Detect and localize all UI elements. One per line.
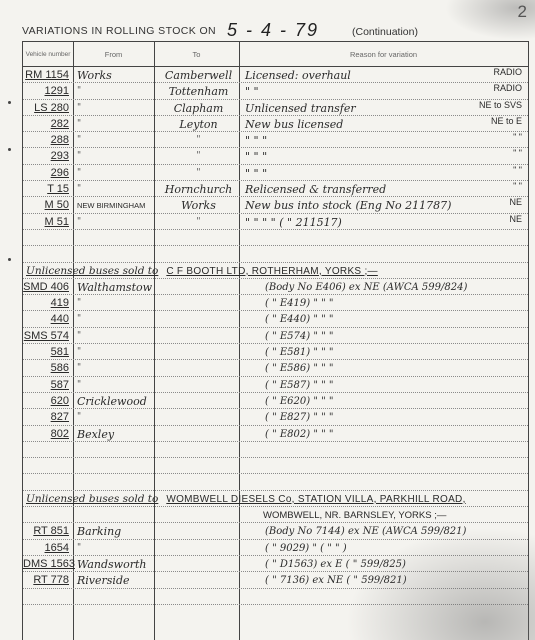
- table-row: 802Bexley( " E802) " " ": [23, 426, 528, 442]
- vehicle-number: LS 280: [23, 100, 71, 115]
- header-to: To: [154, 42, 239, 66]
- to-location: [154, 556, 239, 571]
- reason-for-variation: (Body No E406) ex NE (AWCA 599/824): [239, 279, 528, 294]
- from-location: [73, 246, 153, 261]
- from-location: Cricklewood: [73, 393, 153, 408]
- from-location: Bexley: [73, 426, 153, 441]
- from-location: [73, 442, 153, 457]
- route-annotation: " ": [513, 132, 522, 142]
- from-location: ": [73, 214, 153, 229]
- route-annotation: NE to E: [491, 116, 522, 126]
- table-row: 586"( " E586) " " ": [23, 360, 528, 376]
- from-location: ": [73, 165, 153, 180]
- vehicle-number: 1654: [23, 540, 71, 555]
- from-location: Wandsworth: [73, 556, 153, 571]
- to-location: [154, 572, 239, 587]
- title-line: VARIATIONS IN ROLLING STOCK ON 5 - 4 - 7…: [22, 23, 522, 41]
- to-location: [154, 279, 239, 294]
- to-location: [154, 377, 239, 392]
- document-date: 5 - 4 - 79: [227, 20, 319, 41]
- section-note: Unlicensed buses sold toC F BOOTH LTD, R…: [23, 263, 378, 278]
- table-row: 440"( " E440) " " ": [23, 311, 528, 327]
- vehicle-number: 293: [23, 148, 71, 163]
- to-location: [154, 523, 239, 538]
- reason-for-variation: ( " E827) " " ": [239, 409, 528, 424]
- to-location: [154, 230, 239, 245]
- to-location: [154, 328, 239, 343]
- from-location: ": [73, 409, 153, 424]
- from-location: ": [73, 344, 153, 359]
- table-header: Vehicle number From To Reason for variat…: [23, 42, 528, 67]
- route-annotation: RADIO: [493, 67, 522, 77]
- reason-for-variation: " " ": [239, 148, 528, 163]
- route-annotation: " ": [513, 165, 522, 175]
- vehicle-number: 282: [23, 116, 71, 131]
- reason-for-variation: [239, 230, 528, 245]
- to-location: [154, 474, 239, 489]
- from-location: [73, 474, 153, 489]
- vehicle-number: M 50: [23, 197, 71, 212]
- table-row: 587"( " E587) " " ": [23, 377, 528, 393]
- table-row: 296""" " "" ": [23, 165, 528, 181]
- from-location: Walthamstow: [73, 279, 153, 294]
- table-row: [23, 474, 528, 490]
- table-row: SMD 406Walthamstow(Body No E406) ex NE (…: [23, 279, 528, 295]
- to-location: [154, 442, 239, 457]
- to-location: [154, 507, 239, 522]
- vehicle-number: [23, 474, 71, 489]
- reason-for-variation: [239, 442, 528, 457]
- reason-for-variation: " " ": [239, 132, 528, 147]
- from-location: ": [73, 181, 153, 196]
- reason-for-variation: ( " E581) " " ": [239, 344, 528, 359]
- to-location: ": [154, 148, 239, 163]
- vehicle-number: 587: [23, 377, 71, 392]
- vehicle-number: RT 851: [23, 523, 71, 538]
- reason-for-variation: ( " E440) " " ": [239, 311, 528, 326]
- reason-for-variation: New bus into stock (Eng No 211787): [239, 197, 528, 212]
- vehicle-number: [23, 507, 71, 522]
- table-row: 419"( " E419) " " ": [23, 295, 528, 311]
- vehicle-number: SMS 574: [23, 328, 71, 343]
- header-reason: Reason for variation: [239, 42, 528, 66]
- reason-for-variation: ( " 9029) " ( " " ): [239, 540, 528, 555]
- vehicle-number: 288: [23, 132, 71, 147]
- vehicle-number: 1291: [23, 83, 71, 98]
- reason-for-variation: ( " E587) " " ": [239, 377, 528, 392]
- to-location: Leyton: [154, 116, 239, 131]
- from-location: ": [73, 295, 153, 310]
- margin-mark: [8, 148, 11, 151]
- vehicle-number: RT 778: [23, 572, 71, 587]
- table-row: [23, 589, 528, 605]
- table-row: M 50NEW BIRMINGHAMWorksNew bus into stoc…: [23, 197, 528, 213]
- vehicle-number: 296: [23, 165, 71, 180]
- from-location: ": [73, 377, 153, 392]
- reason-for-variation: ( " 7136) ex NE ( " 599/821): [239, 572, 528, 587]
- table-row: [23, 458, 528, 474]
- reason-for-variation: " ": [239, 83, 528, 98]
- to-location: [154, 409, 239, 424]
- reason-for-variation: " " ": [239, 165, 528, 180]
- from-location: [73, 230, 153, 245]
- table-row: Unlicensed buses sold toC F BOOTH LTD, R…: [23, 263, 528, 279]
- route-annotation: NE: [509, 197, 522, 207]
- to-location: [154, 589, 239, 604]
- document-title: VARIATIONS IN ROLLING STOCK ON: [22, 25, 216, 37]
- route-annotation: " ": [513, 148, 522, 158]
- to-location: [154, 344, 239, 359]
- reason-for-variation: ( " E419) " " ": [239, 295, 528, 310]
- to-location: [154, 393, 239, 408]
- section-note: Unlicensed buses sold toWOMBWELL DIESELS…: [23, 491, 466, 506]
- reason-for-variation: ( " E574) " " ": [239, 328, 528, 343]
- vehicle-number: 581: [23, 344, 71, 359]
- to-location: Clapham: [154, 100, 239, 115]
- from-location: ": [73, 540, 153, 555]
- from-location: ": [73, 132, 153, 147]
- vehicle-number: 440: [23, 311, 71, 326]
- table-row: LS 280"ClaphamUnlicensed transferNE to S…: [23, 100, 528, 116]
- reason-for-variation: [239, 458, 528, 473]
- table-row: [23, 442, 528, 458]
- table-row: 827"( " E827) " " ": [23, 409, 528, 425]
- to-location: [154, 311, 239, 326]
- buyer-name: WOMBWELL DIESELS Co, STATION VILLA, PARK…: [166, 494, 465, 505]
- reason-for-variation: ( " E802) " " ": [239, 426, 528, 441]
- to-location: ": [154, 165, 239, 180]
- reason-for-variation: Licensed: overhaul: [239, 67, 528, 82]
- from-location: ": [73, 116, 153, 131]
- vehicle-number: 802: [23, 426, 71, 441]
- table-row: WOMBWELL, NR. BARNSLEY, YORKS ;—: [23, 507, 528, 523]
- table-body: RM 1154WorksCamberwellLicensed: overhaul…: [23, 67, 528, 605]
- table-row: 581"( " E581) " " ": [23, 344, 528, 360]
- from-location: ": [73, 83, 153, 98]
- vehicle-number: [23, 589, 71, 604]
- from-location: Works: [73, 67, 153, 82]
- margin-mark: [8, 101, 11, 104]
- vehicle-number: [23, 442, 71, 457]
- from-location: [73, 458, 153, 473]
- vehicle-number: 620: [23, 393, 71, 408]
- table-row: 620Cricklewood( " E620) " " ": [23, 393, 528, 409]
- table-row: [23, 246, 528, 262]
- table-row: [23, 230, 528, 246]
- margin-mark: [8, 258, 11, 261]
- to-location: [154, 246, 239, 261]
- table-row: RM 1154WorksCamberwellLicensed: overhaul…: [23, 67, 528, 83]
- table-row: DMS 1563Wandsworth( " D1563) ex E ( " 59…: [23, 556, 528, 572]
- route-annotation: " ": [513, 181, 522, 191]
- route-annotation: NE to SVS: [479, 100, 522, 110]
- from-location: [73, 589, 153, 604]
- rolling-stock-table: Vehicle number From To Reason for variat…: [22, 41, 529, 640]
- table-row: M 51""" " " " ( " 211517)NE: [23, 214, 528, 230]
- reason-for-variation: " " " " ( " 211517): [239, 214, 528, 229]
- vehicle-number: 586: [23, 360, 71, 375]
- to-location: [154, 295, 239, 310]
- table-row: T 15"HornchurchRelicensed & transferred"…: [23, 181, 528, 197]
- vehicle-number: RM 1154: [23, 67, 71, 82]
- table-row: RT 851Barking(Body No 7144) ex NE (AWCA …: [23, 523, 528, 539]
- from-location: ": [73, 100, 153, 115]
- page-number: 2: [518, 2, 527, 22]
- reason-for-variation: [239, 246, 528, 261]
- reason-for-variation: WOMBWELL, NR. BARNSLEY, YORKS ;—: [239, 507, 528, 522]
- vehicle-number: 827: [23, 409, 71, 424]
- reason-for-variation: Relicensed & transferred: [239, 181, 528, 196]
- vehicle-number: M 51: [23, 214, 71, 229]
- table-row: 1291"Tottenham" "RADIO: [23, 83, 528, 99]
- from-location: [73, 507, 153, 522]
- route-annotation: RADIO: [493, 83, 522, 93]
- to-location: Works: [154, 197, 239, 212]
- header-vehicle-number: Vehicle number: [23, 42, 73, 66]
- buyer-name: C F BOOTH LTD, ROTHERHAM, YORKS ;—: [166, 266, 378, 277]
- from-location: ": [73, 360, 153, 375]
- table-row: 293""" " "" ": [23, 148, 528, 164]
- route-annotation: NE: [509, 214, 522, 224]
- continuation-label: (Continuation): [352, 26, 418, 38]
- reason-for-variation: ( " E620) " " ": [239, 393, 528, 408]
- to-location: [154, 458, 239, 473]
- to-location: ": [154, 132, 239, 147]
- to-location: [154, 426, 239, 441]
- table-row: 1654"( " 9029) " ( " " ): [23, 540, 528, 556]
- vehicle-number: 419: [23, 295, 71, 310]
- table-row: SMS 574"( " E574) " " ": [23, 328, 528, 344]
- from-location: Barking: [73, 523, 153, 538]
- reason-for-variation: ( " D1563) ex E ( " 599/825): [239, 556, 528, 571]
- reason-for-variation: [239, 589, 528, 604]
- reason-for-variation: New bus licensed: [239, 116, 528, 131]
- table-row: 288""" " "" ": [23, 132, 528, 148]
- from-location: NEW BIRMINGHAM: [73, 197, 153, 212]
- vehicle-number: [23, 230, 71, 245]
- to-location: ": [154, 214, 239, 229]
- from-location: ": [73, 311, 153, 326]
- from-location: Riverside: [73, 572, 153, 587]
- from-location: ": [73, 328, 153, 343]
- reason-for-variation: (Body No 7144) ex NE (AWCA 599/821): [239, 523, 528, 538]
- table-row: 282"LeytonNew bus licensedNE to E: [23, 116, 528, 132]
- vehicle-number: DMS 1563: [23, 556, 71, 571]
- table-row: Unlicensed buses sold toWOMBWELL DIESELS…: [23, 491, 528, 507]
- table-row: RT 778Riverside( " 7136) ex NE ( " 599/8…: [23, 572, 528, 588]
- section-note-text: Unlicensed buses sold to: [26, 493, 158, 505]
- reason-for-variation: ( " E586) " " ": [239, 360, 528, 375]
- to-location: Tottenham: [154, 83, 239, 98]
- from-location: ": [73, 148, 153, 163]
- vehicle-number: [23, 246, 71, 261]
- vehicle-number: [23, 458, 71, 473]
- header-from: From: [73, 42, 154, 66]
- to-location: Camberwell: [154, 67, 239, 82]
- reason-for-variation: [239, 474, 528, 489]
- to-location: [154, 360, 239, 375]
- section-note-text: Unlicensed buses sold to: [26, 265, 158, 277]
- to-location: [154, 540, 239, 555]
- vehicle-number: T 15: [23, 181, 71, 196]
- vehicle-number: SMD 406: [23, 279, 71, 294]
- to-location: Hornchurch: [154, 181, 239, 196]
